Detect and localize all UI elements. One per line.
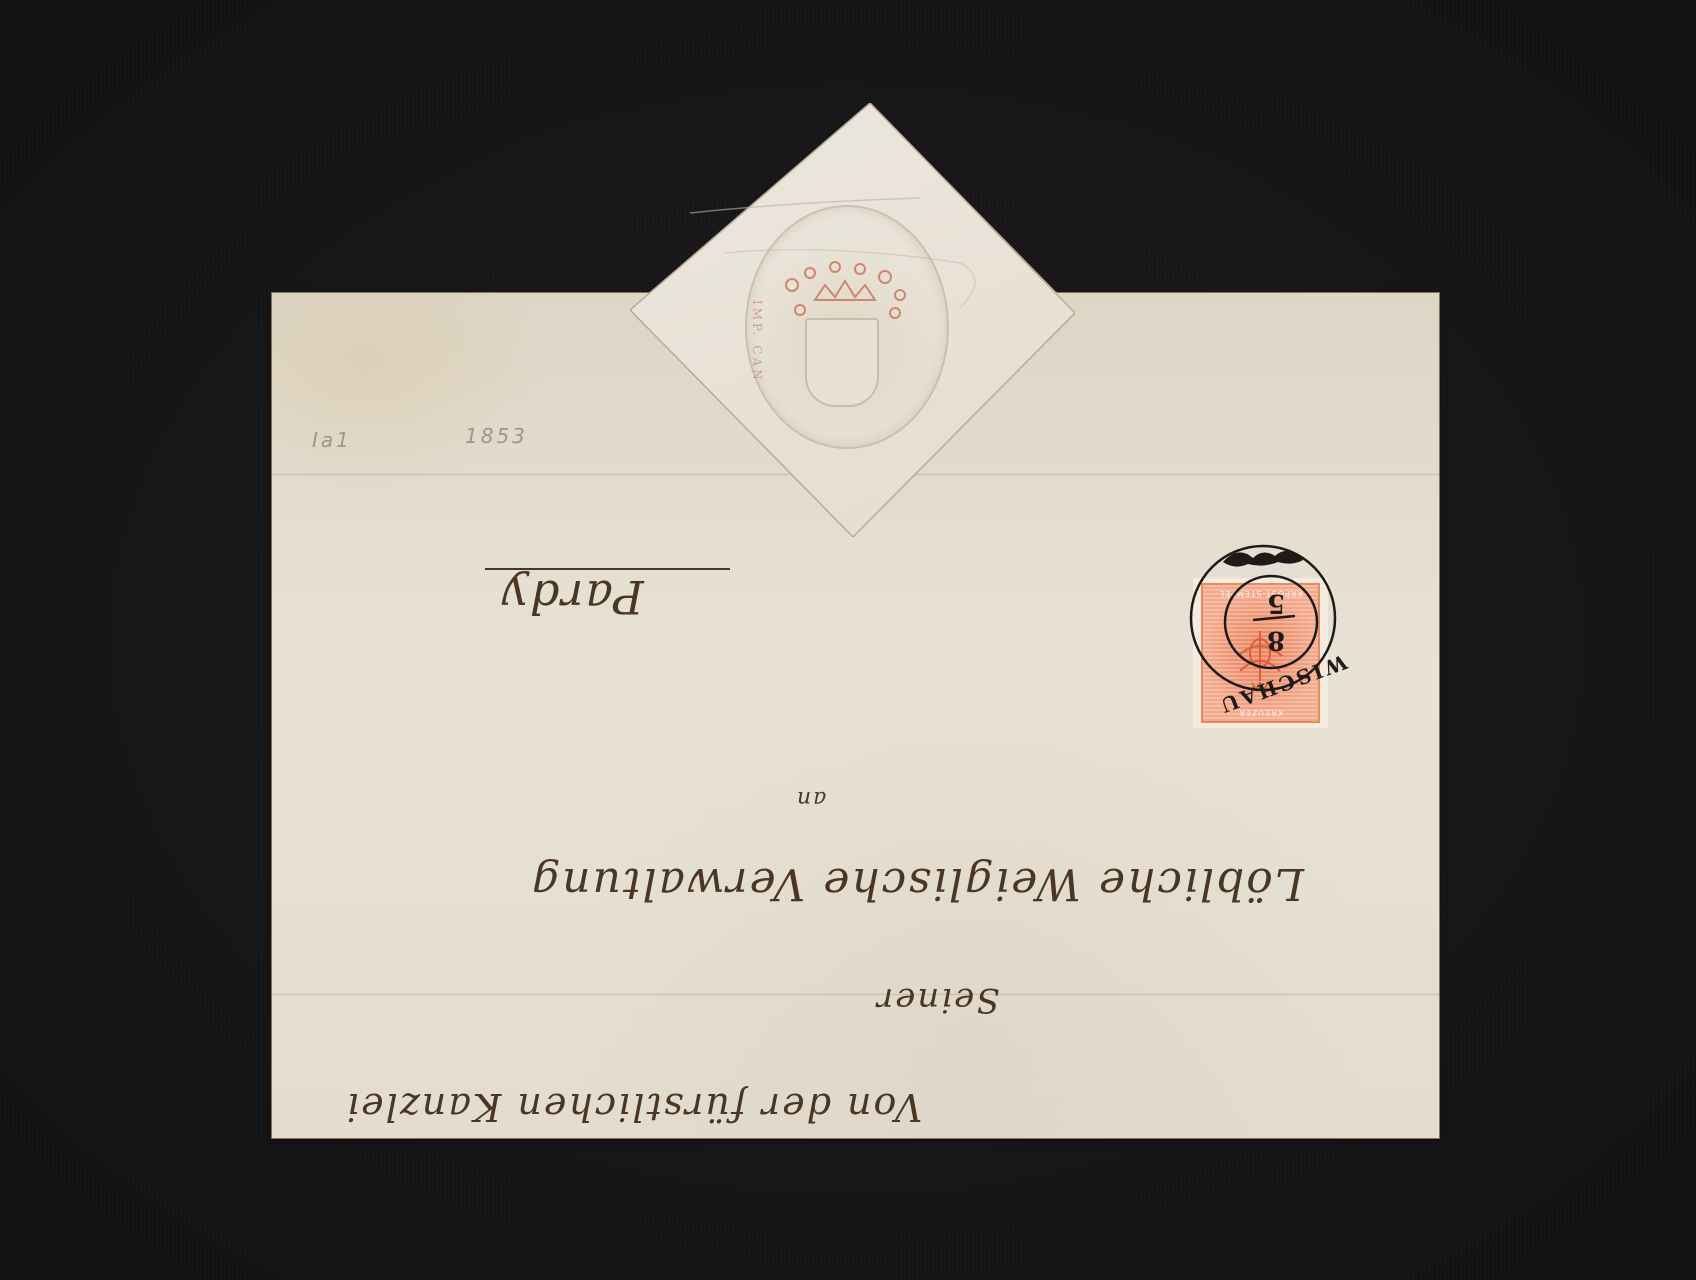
address-line-sender: Von der fürstlichen Kanzlei xyxy=(345,1085,922,1129)
postage-stamp-block: KREUZER KKPOST-STEMPEL 5 8 WISCHAU xyxy=(1183,540,1358,740)
pencil-year-note: 1853 xyxy=(465,424,528,448)
address-line-an: an xyxy=(795,786,826,811)
pencil-catalog-note: Ia1 xyxy=(312,428,352,452)
crown-icon xyxy=(780,255,910,320)
postmark-month: 8 xyxy=(1267,625,1285,655)
address-line-destination: Pardy xyxy=(500,570,644,624)
postmark-day: 5 xyxy=(1267,588,1285,618)
destination-underline xyxy=(485,568,730,570)
address-line-recipient: Löbliche Weiglische Verwaltung xyxy=(530,858,1304,909)
address-line-title: Seiner xyxy=(875,980,1000,1020)
coat-of-arms-shield xyxy=(805,318,879,407)
fold-line xyxy=(272,993,1439,996)
seal-legend: IMP. CAN xyxy=(750,300,764,383)
